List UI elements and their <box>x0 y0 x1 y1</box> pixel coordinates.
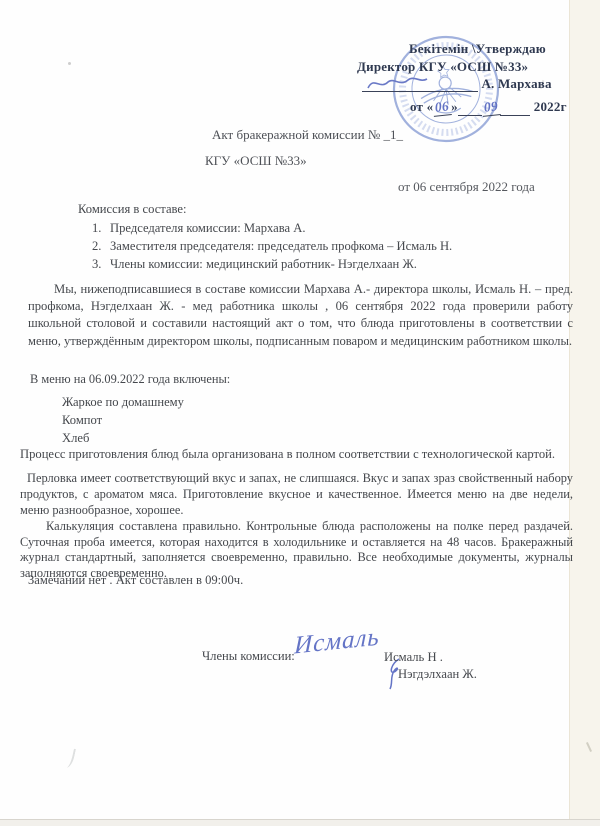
member-text: Члены комиссии: медицинский работник- Нэ… <box>110 257 417 271</box>
list-number: 3. <box>92 255 110 273</box>
intro-paragraph: Мы, нижеподписавшиеся в составе комиссии… <box>28 281 573 350</box>
approval-bilingual-line: Бекітемін \Утверждаю <box>409 41 546 57</box>
scan-smudge <box>64 747 76 768</box>
remarks-line: Замечаний нет . Акт составлен в 09:00ч. <box>28 573 243 588</box>
underline-segment <box>458 102 482 116</box>
scan-edge-bottom <box>0 819 600 826</box>
director-signature-scribble-icon <box>364 74 430 92</box>
scan-speck <box>68 62 71 65</box>
director-line: Директор КГУ «ОСШ №33» <box>357 59 528 75</box>
signature-member-1: Исмаль Н . <box>384 650 443 665</box>
menu-list: Жаркое по домашнему Компот Хлеб <box>62 393 184 448</box>
signatures-label: Члены комиссии: <box>202 649 295 664</box>
list-item: 2.Заместителя председателя: председатель… <box>92 237 452 255</box>
signature-line <box>362 78 478 92</box>
menu-item: Жаркое по домашнему <box>62 393 184 411</box>
commission-heading: Комиссия в составе: <box>78 202 187 217</box>
date-year: 2022г <box>534 99 567 114</box>
menu-heading: В меню на 06.09.2022 года включены: <box>30 372 230 387</box>
act-title: Акт бракеражной комиссии № _1_ <box>212 127 403 143</box>
member-text: Заместителя председателя: председатель п… <box>110 239 452 253</box>
handwritten-month: 09 <box>481 98 501 117</box>
school-title: КГУ «ОСШ №33» <box>205 153 307 169</box>
process-paragraph: Процесс приготовления блюд была организо… <box>20 446 573 462</box>
list-number: 2. <box>92 237 110 255</box>
list-item: 3.Члены комиссии: медицинский работник- … <box>92 255 452 273</box>
handwritten-day: 06 <box>432 98 452 117</box>
date-quote-close: » <box>451 99 458 114</box>
director-signature-row: А. Мархава <box>362 76 552 92</box>
director-name: А. Мархава <box>481 76 551 91</box>
underline-segment <box>500 102 530 116</box>
scan-edge-right <box>569 0 600 826</box>
act-date: от 06 сентября 2022 года <box>398 179 535 195</box>
menu-item: Хлеб <box>62 429 184 447</box>
scanned-act-document: Бекітемін \Утверждаю Директор КГУ «ОСШ №… <box>0 0 600 826</box>
menu-item: Компот <box>62 411 184 429</box>
list-item: 1.Председателя комиссии: Мархава А. <box>92 219 452 237</box>
quality-paragraph: Перловка имеет соответствующий вкус и за… <box>20 470 573 518</box>
date-prefix: от « <box>410 99 433 114</box>
list-number: 1. <box>92 219 110 237</box>
member-text: Председателя комиссии: Мархава А. <box>110 221 306 235</box>
signature-member-2: Нэгдэлхаан Ж. <box>398 667 477 682</box>
approval-date-row: от «06»092022г <box>410 99 567 116</box>
commission-member-list: 1.Председателя комиссии: Мархава А. 2.За… <box>92 219 452 274</box>
handwritten-signature: Исмаль <box>294 623 380 660</box>
